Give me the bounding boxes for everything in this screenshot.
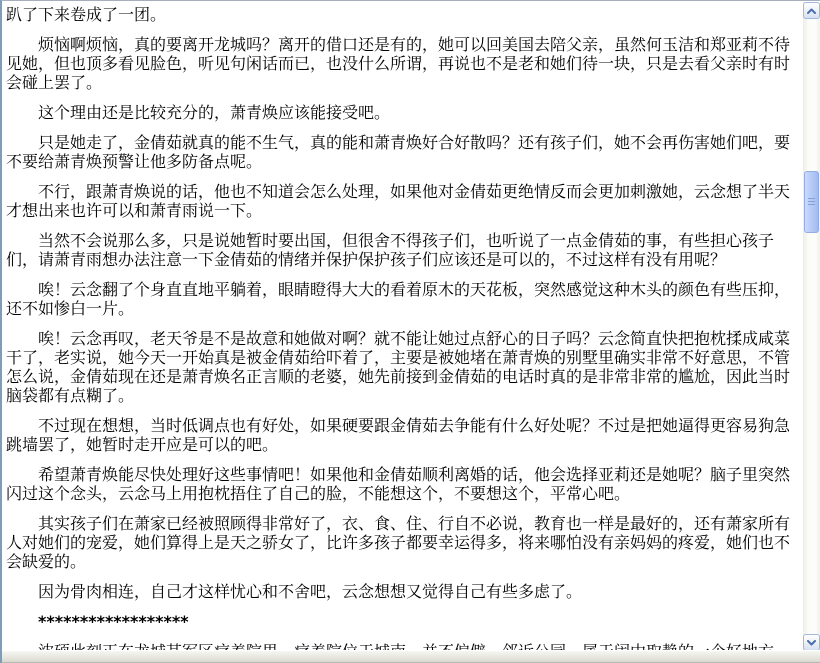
paragraph: 烦恼啊烦恼，真的要离开龙城吗？离开的借口还是有的，她可以回美国去陪父亲，虽然何玉… [6, 35, 802, 92]
paragraph: 趴了下来卷成了一团。 [6, 5, 802, 24]
paragraph: 其实孩子们在萧家已经被照顾得非常好了，衣、食、住、行自不必说，教育也一样是最好的… [6, 514, 802, 571]
scrollbar-grip-icon [808, 198, 815, 206]
window-bottom-border [2, 650, 820, 663]
scroll-up-button[interactable] [803, 2, 820, 19]
paragraph: 沈硕此刻正在龙城某军区疗养院里，疗养院位于城南，并不偏僻，邻近公园，属于闹中取静… [6, 642, 802, 650]
paragraph: 唉！云念再叹，老天爷是不是故意和她做对啊？就不能让她过点舒心的日子吗？云念简直快… [6, 329, 802, 405]
chevron-up-icon [807, 8, 816, 14]
window-frame: 趴了下来卷成了一团。烦恼啊烦恼，真的要离开龙城吗？离开的借口还是有的，她可以回美… [0, 0, 820, 663]
paragraph: 唉！云念翻了个身直直地平躺着，眼睛瞪得大大的看着原木的天花板，突然感觉这种木头的… [6, 280, 802, 318]
paragraph: 这个理由还是比较充分的，萧青焕应该能接受吧。 [6, 103, 802, 122]
scrollbar-thumb[interactable] [804, 171, 819, 233]
section-divider: ****************** [6, 612, 802, 631]
chevron-down-icon [807, 640, 816, 646]
novel-text: 趴了下来卷成了一团。烦恼啊烦恼，真的要离开龙城吗？离开的借口还是有的，她可以回美… [4, 2, 803, 650]
scroll-down-button[interactable] [803, 634, 820, 651]
scrollbar-track[interactable] [803, 19, 820, 634]
paragraph: 当然不会说那么多，只是说她暂时要出国，但很舍不得孩子们，也听说了一点金倩茹的事，… [6, 231, 802, 269]
paragraph: 不行，跟萧青焕说的话，他也不知道会怎么处理，如果他对金倩茹更绝情反而会更加刺激她… [6, 182, 802, 220]
paragraph: 只是她走了，金倩茹就真的能不生气，真的能和萧青焕好合好散吗？还有孩子们，她不会再… [6, 133, 802, 171]
paragraph: 因为骨肉相连，自己才这样忧心和不舍吧，云念想想又觉得自己有些多虑了。 [6, 582, 802, 601]
paragraph: 不过现在想想，当时低调点也有好处，如果硬要跟金倩茹去争能有什么好处呢？不过是把她… [6, 416, 802, 454]
paragraph: 希望萧青焕能尽快处理好这些事情吧！如果他和金倩茹顺利离婚的话，他会选择亚莉还是她… [6, 465, 802, 503]
vertical-scrollbar[interactable] [803, 2, 820, 651]
